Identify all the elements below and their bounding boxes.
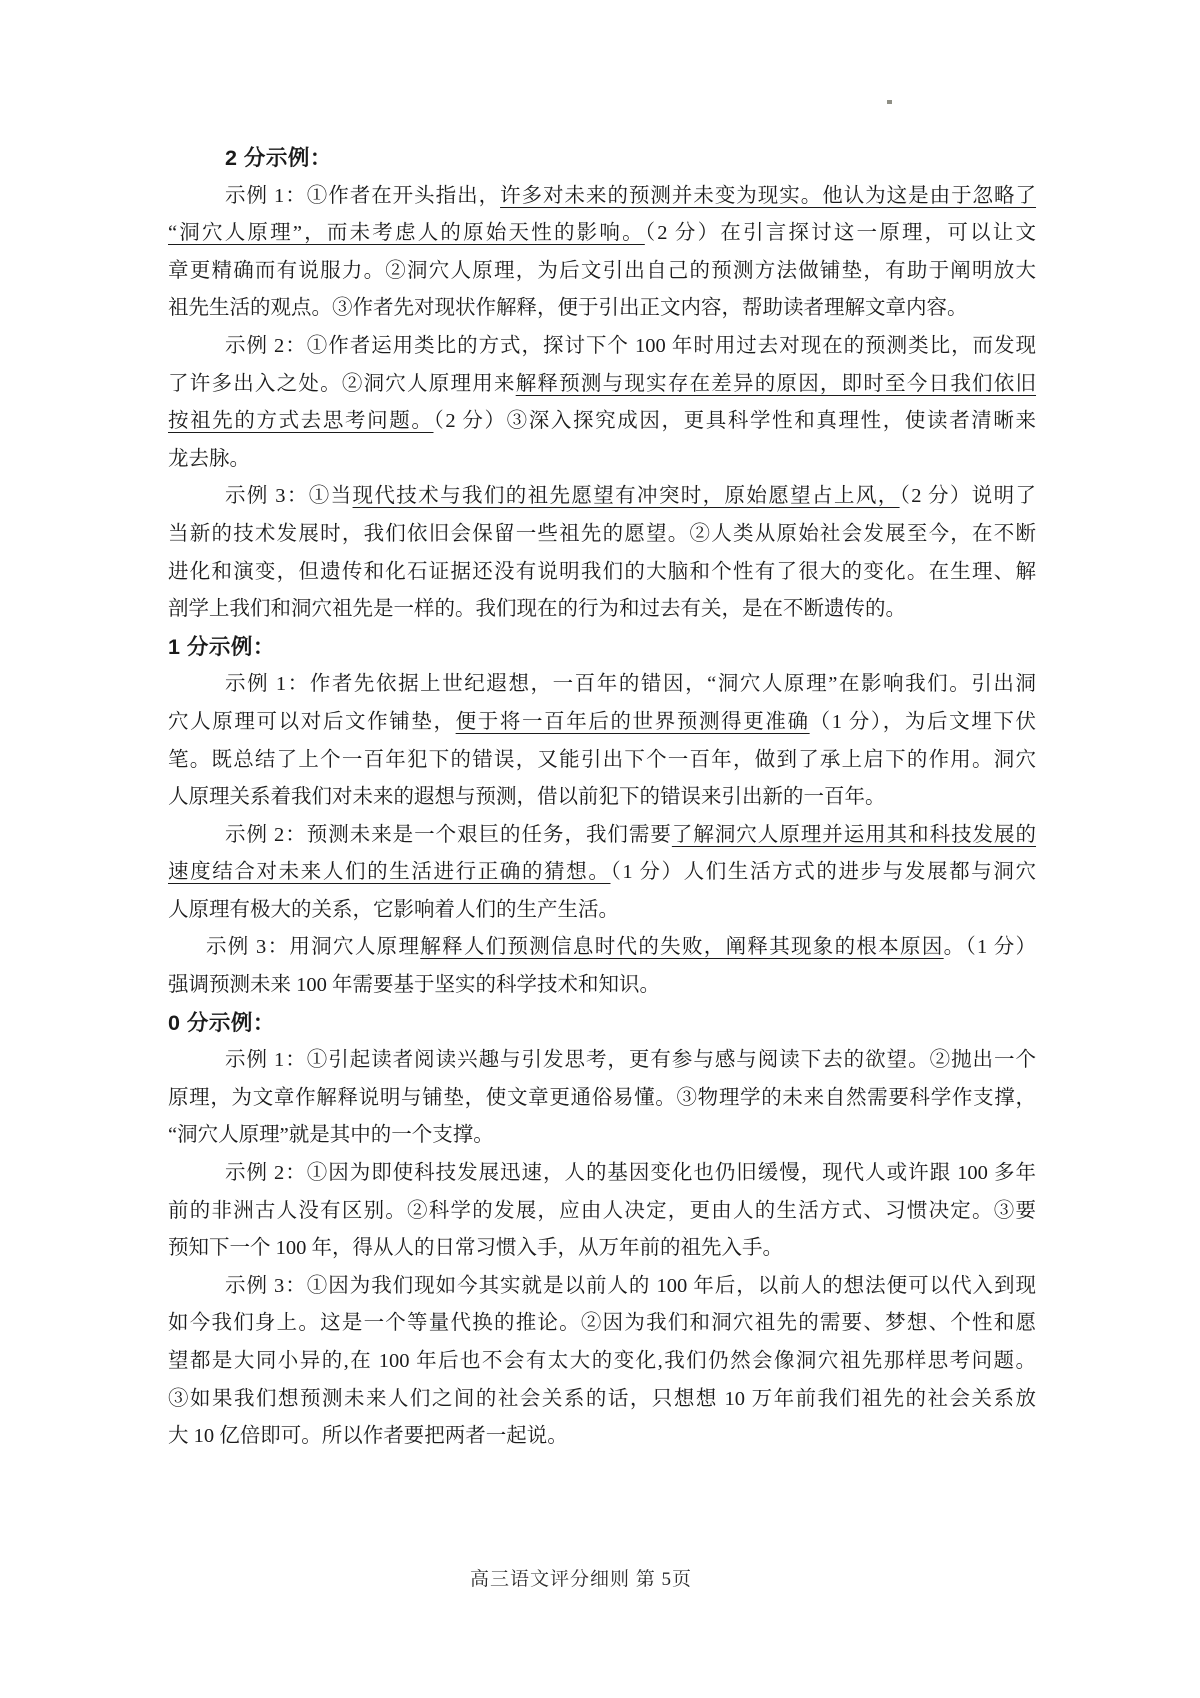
underlined-text: 了解洞穴人原理并运用其和科技发展的 xyxy=(672,824,1036,846)
text-line: 人原理有极大的关系，它影响着人们的生产生活。 xyxy=(168,892,1036,930)
text-segment: 了许多出入之处。②洞穴人原理用来 xyxy=(168,373,516,395)
text-segment: 示例 1：①作者在开头指出， xyxy=(225,185,500,207)
text-line: 如今我们身上。这是一个等量代换的推论。②因为我们和洞穴祖先的需要、梦想、个性和愿 xyxy=(168,1305,1036,1343)
text-line: 当新的技术发展时，我们依旧会保留一些祖先的愿望。②人类从原始社会发展至今，在不断 xyxy=(168,516,1036,554)
text-line: 0 分示例： xyxy=(168,1005,1036,1043)
text-segment: 进化和演变，但遗传和化石证据还没有说明我们的大脑和个性有了很大的变化。在生理、解 xyxy=(168,561,1036,583)
text-segment: 0 分示例： xyxy=(168,1011,275,1035)
text-line: 1 分示例： xyxy=(168,629,1036,667)
text-line: 笔。既总结了上个一百年犯下的错误，又能引出下个一百年，做到了承上启下的作用。洞穴 xyxy=(168,742,1036,780)
paragraph: 示例 3：用洞穴人原理解释人们预测信息时代的失败，阐释其现象的根本原因。（1 分… xyxy=(168,929,1036,1004)
text-line: 人原理关系着我们对未来的遐想与预测，借以前犯下的错误来引出新的一百年。 xyxy=(168,779,1036,817)
text-line: 大 10 亿倍即可。所以作者要把两者一起说。 xyxy=(168,1418,1036,1456)
text-segment: 2 分示例： xyxy=(225,146,332,170)
text-line: 2 分示例： xyxy=(168,140,1036,178)
text-line: 速度结合对未来人们的生活进行正确的猜想。（1 分）人们生活方式的进步与发展都与洞… xyxy=(168,854,1036,892)
text-line: 章更精确而有说服力。②洞穴人原理，为后文引出自己的预测方法做铺垫，有助于阐明放大 xyxy=(168,253,1036,291)
text-segment: （1 分），为后文埋下伏 xyxy=(810,711,1036,733)
section-heading: 2 分示例： xyxy=(168,140,1036,178)
text-segment: 大 10 亿倍即可。所以作者要把两者一起说。 xyxy=(168,1425,568,1447)
text-line: 示例 2：①因为即使科技发展迅速，人的基因变化也仍旧缓慢，现代人或许跟 100 … xyxy=(168,1155,1036,1193)
text-line: 了许多出入之处。②洞穴人原理用来解释预测与现实存在差异的原因，即时至今日我们依旧 xyxy=(168,366,1036,404)
text-segment: 望都是大同小异的,在 100 年后也不会有太大的变化,我们仍然会像洞穴祖先那样思… xyxy=(168,1350,1036,1372)
text-segment: ③如果我们想预测未来人们之间的社会关系的话，只想想 10 万年前我们祖先的社会关… xyxy=(168,1388,1036,1410)
text-segment: 如今我们身上。这是一个等量代换的推论。②因为我们和洞穴祖先的需要、梦想、个性和愿 xyxy=(168,1312,1036,1334)
text-line: 剖学上我们和洞穴祖先是一样的。我们现在的行为和过去有关，是在不断遗传的。 xyxy=(168,591,1036,629)
text-segment: 示例 2：①因为即使科技发展迅速，人的基因变化也仍旧缓慢，现代人或许跟 100 … xyxy=(225,1162,1036,1184)
text-line: 示例 3：①因为我们现如今其实就是以前人的 100 年后，以前人的想法便可以代入… xyxy=(168,1268,1036,1306)
text-segment: 示例 2：预测未来是一个艰巨的任务，我们需要 xyxy=(225,824,672,846)
text-segment: 1 分示例： xyxy=(168,635,275,659)
underlined-text: 解释预测与现实存在差异的原因，即时至今日我们依旧 xyxy=(516,373,1036,395)
underlined-text: 便于将一百年后的世界预测得更准确 xyxy=(456,711,810,733)
text-line: 按祖先的方式去思考问题。（2 分）③深入探究成因，更具科学性和真理性，使读者清晰… xyxy=(168,403,1036,441)
text-line: 前的非洲古人没有区别。②科学的发展，应由人决定，更由人的生活方式、习惯决定。③要 xyxy=(168,1193,1036,1231)
underlined-text: 许多对未来的预测并未变为现实。他认为这是由于忽略了 xyxy=(500,185,1036,207)
underlined-text: 现代技术与我们的祖先愿望有冲突时，原始愿望占上风， xyxy=(353,485,900,507)
text-segment: （2 分）说明了 xyxy=(900,485,1036,507)
text-line: 示例 1：①引起读者阅读兴趣与引发思考，更有参与感与阅读下去的欲望。②抛出一个 xyxy=(168,1042,1036,1080)
text-segment: 章更精确而有说服力。②洞穴人原理，为后文引出自己的预测方法做铺垫，有助于阐明放大 xyxy=(168,260,1036,282)
paragraph: 示例 3：①当现代技术与我们的祖先愿望有冲突时，原始愿望占上风，（2 分）说明了… xyxy=(168,478,1036,628)
paragraph: 示例 3：①因为我们现如今其实就是以前人的 100 年后，以前人的想法便可以代入… xyxy=(168,1268,1036,1456)
text-segment: （2 分）在引言探讨这一原理，可以让文 xyxy=(645,222,1036,244)
text-segment: 穴人原理可以对后文作铺垫， xyxy=(168,711,456,733)
text-line: 示例 2：预测未来是一个艰巨的任务，我们需要了解洞穴人原理并运用其和科技发展的 xyxy=(168,817,1036,855)
text-segment: 。（1 分） xyxy=(944,936,1036,958)
text-segment: “洞穴人原理”就是其中的一个支撑。 xyxy=(168,1124,494,1146)
text-line: 原理，为文章作解释说明与铺垫，使文章更通俗易懂。③物理学的未来自然需要科学作支撑… xyxy=(168,1080,1036,1118)
text-segment: 前的非洲古人没有区别。②科学的发展，应由人决定，更由人的生活方式、习惯决定。③要 xyxy=(168,1200,1036,1222)
text-segment: 笔。既总结了上个一百年犯下的错误，又能引出下个一百年，做到了承上启下的作用。洞穴 xyxy=(168,749,1036,771)
text-line: ③如果我们想预测未来人们之间的社会关系的话，只想想 10 万年前我们祖先的社会关… xyxy=(168,1381,1036,1419)
section-heading: 1 分示例： xyxy=(168,629,1036,667)
text-segment: （2 分）③深入探究成因，更具科学性和真理性，使读者清晰来 xyxy=(434,410,1037,432)
paragraph: 示例 2：①作者运用类比的方式，探讨下个 100 年时用过去对现在的预测类比，而… xyxy=(168,328,1036,478)
text-line: 进化和演变，但遗传和化石证据还没有说明我们的大脑和个性有了很大的变化。在生理、解 xyxy=(168,554,1036,592)
underlined-text: “洞穴人原理”，而未考虑人的原始天性的影响。 xyxy=(168,222,645,244)
underlined-text: 速度结合对未来人们的生活进行正确的猜想。 xyxy=(168,861,611,883)
text-line: 示例 3：用洞穴人原理解释人们预测信息时代的失败，阐释其现象的根本原因。（1 分… xyxy=(168,929,1036,967)
text-line: 示例 2：①作者运用类比的方式，探讨下个 100 年时用过去对现在的预测类比，而… xyxy=(168,328,1036,366)
text-segment: （1 分）人们生活方式的进步与发展都与洞穴 xyxy=(611,861,1037,883)
text-segment: 示例 3：①因为我们现如今其实就是以前人的 100 年后，以前人的想法便可以代入… xyxy=(225,1275,1036,1297)
document-page: 2 分示例：示例 1：①作者在开头指出，许多对未来的预测并未变为现实。他认为这是… xyxy=(0,0,1200,1698)
text-line: 龙去脉。 xyxy=(168,441,1036,479)
underlined-text: 解释人们预测信息时代的失败，阐释其现象的根本原因 xyxy=(420,936,943,958)
paragraph: 示例 1：①引起读者阅读兴趣与引发思考，更有参与感与阅读下去的欲望。②抛出一个原… xyxy=(168,1042,1036,1155)
page-footer-text: 高三语文评分细则 第 5页 xyxy=(470,1568,692,1592)
text-segment: 当新的技术发展时，我们依旧会保留一些祖先的愿望。②人类从原始社会发展至今，在不断 xyxy=(168,523,1036,545)
text-line: 示例 3：①当现代技术与我们的祖先愿望有冲突时，原始愿望占上风，（2 分）说明了 xyxy=(168,478,1036,516)
text-segment: 示例 3：①当 xyxy=(225,485,353,507)
text-line: 祖先生活的观点。③作者先对现状作解释，便于引出正文内容，帮助读者理解文章内容。 xyxy=(168,290,1036,328)
text-segment: 预知下一个 100 年，得从人的日常习惯入手，从万年前的祖先入手。 xyxy=(168,1237,783,1259)
underlined-text: 按祖先的方式去思考问题。 xyxy=(168,410,434,432)
text-line: 望都是大同小异的,在 100 年后也不会有太大的变化,我们仍然会像洞穴祖先那样思… xyxy=(168,1343,1036,1381)
text-segment: 龙去脉。 xyxy=(168,448,250,470)
text-line: 示例 1：作者先依据上世纪遐想，一百年的错因，“洞穴人原理”在影响我们。引出洞 xyxy=(168,666,1036,704)
paragraph: 示例 1：①作者在开头指出，许多对未来的预测并未变为现实。他认为这是由于忽略了“… xyxy=(168,178,1036,328)
text-segment: 人原理关系着我们对未来的遐想与预测，借以前犯下的错误来引出新的一百年。 xyxy=(168,786,886,808)
ink-speck xyxy=(887,100,892,104)
text-segment: 人原理有极大的关系，它影响着人们的生产生活。 xyxy=(168,899,619,921)
text-segment: 强调预测未来 100 年需要基于坚实的科学技术和知识。 xyxy=(168,974,660,996)
text-segment: 剖学上我们和洞穴祖先是一样的。我们现在的行为和过去有关，是在不断遗传的。 xyxy=(168,598,906,620)
text-segment: 祖先生活的观点。③作者先对现状作解释，便于引出正文内容，帮助读者理解文章内容。 xyxy=(168,297,968,319)
document-body: 2 分示例：示例 1：①作者在开头指出，许多对未来的预测并未变为现实。他认为这是… xyxy=(168,140,1036,1456)
text-line: 示例 1：①作者在开头指出，许多对未来的预测并未变为现实。他认为这是由于忽略了 xyxy=(168,178,1036,216)
text-segment: 示例 3：用洞穴人原理 xyxy=(206,936,420,958)
text-line: 强调预测未来 100 年需要基于坚实的科学技术和知识。 xyxy=(168,967,1036,1005)
paragraph: 示例 2：①因为即使科技发展迅速，人的基因变化也仍旧缓慢，现代人或许跟 100 … xyxy=(168,1155,1036,1268)
text-line: 预知下一个 100 年，得从人的日常习惯入手，从万年前的祖先入手。 xyxy=(168,1230,1036,1268)
text-line: “洞穴人原理”就是其中的一个支撑。 xyxy=(168,1117,1036,1155)
section-heading: 0 分示例： xyxy=(168,1005,1036,1043)
paragraph: 示例 2：预测未来是一个艰巨的任务，我们需要了解洞穴人原理并运用其和科技发展的速… xyxy=(168,817,1036,930)
paragraph: 示例 1：作者先依据上世纪遐想，一百年的错因，“洞穴人原理”在影响我们。引出洞穴… xyxy=(168,666,1036,816)
text-segment: 示例 1：①引起读者阅读兴趣与引发思考，更有参与感与阅读下去的欲望。②抛出一个 xyxy=(225,1049,1036,1071)
text-segment: 示例 2：①作者运用类比的方式，探讨下个 100 年时用过去对现在的预测类比，而… xyxy=(225,335,1036,357)
text-segment: 示例 1：作者先依据上世纪遐想，一百年的错因，“洞穴人原理”在影响我们。引出洞 xyxy=(225,673,1036,695)
text-segment: 原理，为文章作解释说明与铺垫，使文章更通俗易懂。③物理学的未来自然需要科学作支撑… xyxy=(168,1087,1036,1109)
text-line: “洞穴人原理”，而未考虑人的原始天性的影响。（2 分）在引言探讨这一原理，可以让… xyxy=(168,215,1036,253)
text-line: 穴人原理可以对后文作铺垫，便于将一百年后的世界预测得更准确（1 分），为后文埋下… xyxy=(168,704,1036,742)
